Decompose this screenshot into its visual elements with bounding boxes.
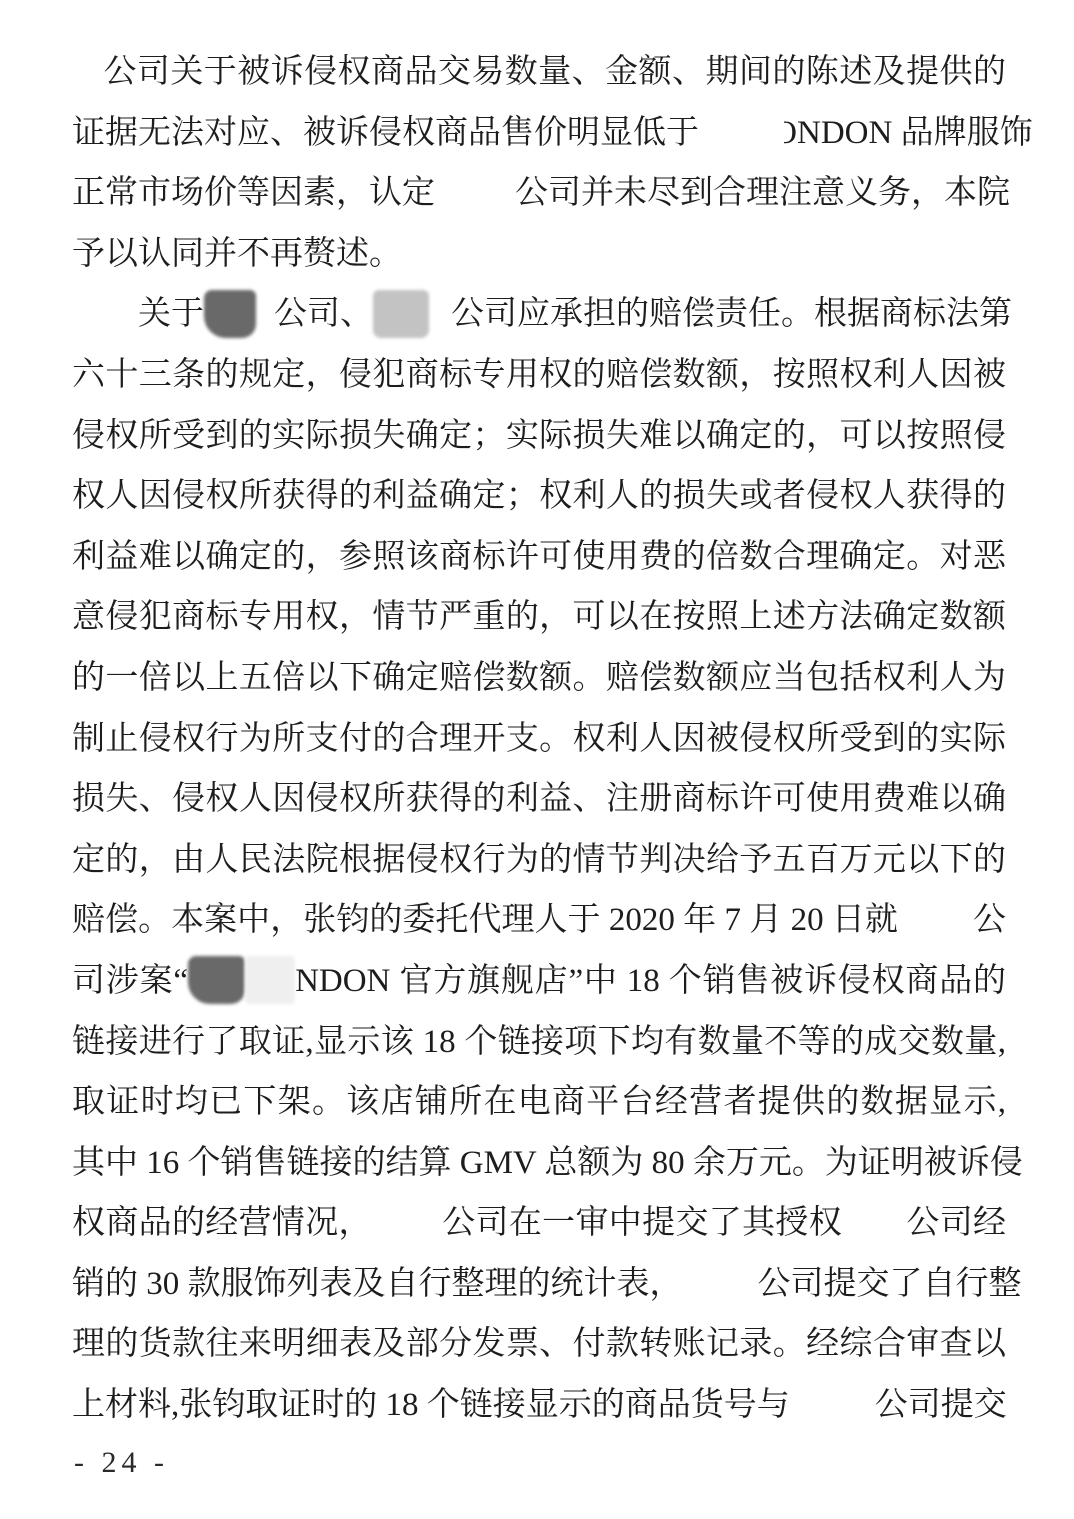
- text-run: 制止侵权行为所支付的合理开支。权利人因被侵权所受到的实际: [72, 721, 1006, 757]
- text-run: 司涉案“: [72, 963, 188, 999]
- redaction-dark-blob: [204, 290, 256, 338]
- text-run: 利益难以确定的，参照该商标许可使用费的倍数合理确定。对恶: [72, 539, 1006, 575]
- redaction-blank: [842, 1232, 906, 1233]
- text-run: 取证时均已下架。该店铺所在电商平台经营者提供的数据显示,: [72, 1084, 1006, 1120]
- text-line: 取证时均已下架。该店铺所在电商平台经营者提供的数据显示,: [72, 1072, 1006, 1133]
- text-line: 关于公司、公司应承担的赔偿责任。根据商标法第: [72, 284, 1006, 345]
- text-run: 六十三条的规定，侵犯商标专用权的赔偿数额，按照权利人因被: [72, 357, 1006, 393]
- text-run: 公司、: [274, 296, 373, 332]
- text-run: 公司应承担的赔偿责任。根据商标法第: [451, 296, 1012, 332]
- text-run: 正常市场价等因素，认定: [72, 175, 435, 211]
- text-line: 意侵犯商标专用权，情节严重的，可以在按照上述方法确定数额: [72, 587, 1006, 648]
- text-line: 的一倍以上五倍以下确定赔偿数额。赔偿数额应当包括权利人为: [72, 648, 1006, 709]
- text-run: 销的 30 款服饰列表及自行整理的统计表，: [72, 1266, 683, 1302]
- redaction-blank: [898, 929, 973, 930]
- text-line: 正常市场价等因素，认定公司并未尽到合理注意义务，本院: [72, 163, 1006, 224]
- text-line: 上材料,张钧取证时的 18 个链接显示的商品货号与公司提交: [72, 1375, 1006, 1436]
- text-run: 公司提交: [875, 1387, 1007, 1423]
- text-run: 公司经: [906, 1205, 1006, 1241]
- text-lines: 公司关于被诉侵权商品交易数量、金额、期间的陈述及提供的证据无法对应、被诉侵权商品…: [72, 42, 1006, 1436]
- text-line: 利益难以确定的，参照该商标许可使用费的倍数合理确定。对恶: [72, 527, 1006, 588]
- document-page: 公司关于被诉侵权商品交易数量、金额、期间的陈述及提供的证据无法对应、被诉侵权商品…: [0, 0, 1074, 1519]
- text-run: 定的，由人民法院根据侵权行为的情节判决给予五百万元以下的: [72, 842, 1006, 878]
- text-run: NDON 品牌服饰: [797, 115, 1033, 151]
- text-run: 公司并未尽到合理注意义务，本院: [515, 175, 1010, 211]
- text-line: 理的货款往来明细表及部分发票、付款转账记录。经综合审查以: [72, 1314, 1006, 1375]
- redaction-light-blob: [373, 290, 429, 338]
- text-run: 公司关于被诉侵权商品交易数量、金额、期间的陈述及提供的: [103, 54, 1006, 90]
- text-line: 权商品的经营情况，公司在一审中提交了其授权公司经: [72, 1193, 1006, 1254]
- text-run: 侵权所受到的实际损失确定；实际损失难以确定的，可以按照侵: [72, 418, 1006, 454]
- text-run: 损失、侵权人因侵权所获得的利益、注册商标许可使用费难以确: [72, 781, 1006, 817]
- redaction-blank: [72, 81, 103, 82]
- text-run: 予以认同并不再赘述。: [72, 236, 402, 272]
- text-run: 意侵犯商标专用权，情节严重的，可以在按照上述方法确定数额: [72, 599, 1006, 635]
- text-line: 赔偿。本案中，张钧的委托代理人于 2020 年 7 月 20 日就公: [72, 890, 1006, 951]
- partial-letter: O: [784, 103, 797, 164]
- text-line: 销的 30 款服饰列表及自行整理的统计表，公司提交了自行整: [72, 1254, 1006, 1315]
- redaction-blank: [256, 323, 274, 324]
- redaction-faint-blob: [245, 956, 295, 1004]
- text-line: 司涉案“NDON 官方旗舰店”中 18 个销售被诉侵权商品的: [72, 951, 1006, 1012]
- text-line: 公司关于被诉侵权商品交易数量、金额、期间的陈述及提供的: [72, 42, 1006, 103]
- redaction-blank: [372, 1232, 442, 1233]
- redaction-dark-blob: [188, 956, 245, 1004]
- text-line: 其中 16 个销售链接的结算 GMV 总额为 80 余万元。为证明被诉侵: [72, 1133, 1006, 1194]
- text-line: 制止侵权行为所支付的合理开支。权利人因被侵权所受到的实际: [72, 709, 1006, 770]
- text-line: 证据无法对应、被诉侵权商品售价明显低于ONDON 品牌服饰: [72, 103, 1006, 164]
- text-run: 的一倍以上五倍以下确定赔偿数额。赔偿数额应当包括权利人为: [72, 660, 1006, 696]
- text-run: 理的货款往来明细表及部分发票、付款转账记录。经综合审查以: [72, 1326, 1006, 1362]
- text-run: 上材料,张钧取证时的 18 个链接显示的商品货号与: [72, 1387, 790, 1423]
- text-run: 其中 16 个销售链接的结算 GMV 总额为 80 余万元。为证明被诉侵: [72, 1145, 1023, 1181]
- text-line: 定的，由人民法院根据侵权行为的情节判决给予五百万元以下的: [72, 830, 1006, 891]
- redaction-blank: [429, 323, 451, 324]
- text-line: 六十三条的规定，侵犯商标专用权的赔偿数额，按照权利人因被: [72, 345, 1006, 406]
- text-line: 侵权所受到的实际损失确定；实际损失难以确定的，可以按照侵: [72, 406, 1006, 467]
- redaction-blank: [435, 202, 515, 203]
- text-run: 关于: [138, 296, 204, 332]
- page-number: - 24 -: [74, 1446, 169, 1480]
- redaction-blank: [72, 323, 138, 324]
- text-run: 链接进行了取证,显示该 18 个链接项下均有数量不等的成交数量,: [72, 1024, 1006, 1060]
- text-run: 权人因侵权所获得的利益确定；权利人的损失或者侵权人获得的: [72, 478, 1006, 514]
- text-run: 公: [973, 902, 1006, 938]
- redaction-blank: [683, 1293, 758, 1294]
- text-run: 赔偿。本案中，张钧的委托代理人于 2020 年 7 月 20 日就: [72, 902, 898, 938]
- text-line: 链接进行了取证,显示该 18 个链接项下均有数量不等的成交数量,: [72, 1012, 1006, 1073]
- redaction-blank: [699, 142, 784, 143]
- text-run: 权商品的经营情况，: [72, 1205, 372, 1241]
- text-line: 损失、侵权人因侵权所获得的利益、注册商标许可使用费难以确: [72, 769, 1006, 830]
- text-run: NDON 官方旗舰店”中 18 个销售被诉侵权商品的: [295, 963, 1006, 999]
- redaction-blank: [790, 1414, 875, 1415]
- text-run: 证据无法对应、被诉侵权商品售价明显低于: [72, 115, 699, 151]
- text-run: 公司提交了自行整: [758, 1266, 1022, 1302]
- text-run: 公司在一审中提交了其授权: [442, 1205, 842, 1241]
- text-line: 予以认同并不再赘述。: [72, 224, 1006, 285]
- text-line: 权人因侵权所获得的利益确定；权利人的损失或者侵权人获得的: [72, 466, 1006, 527]
